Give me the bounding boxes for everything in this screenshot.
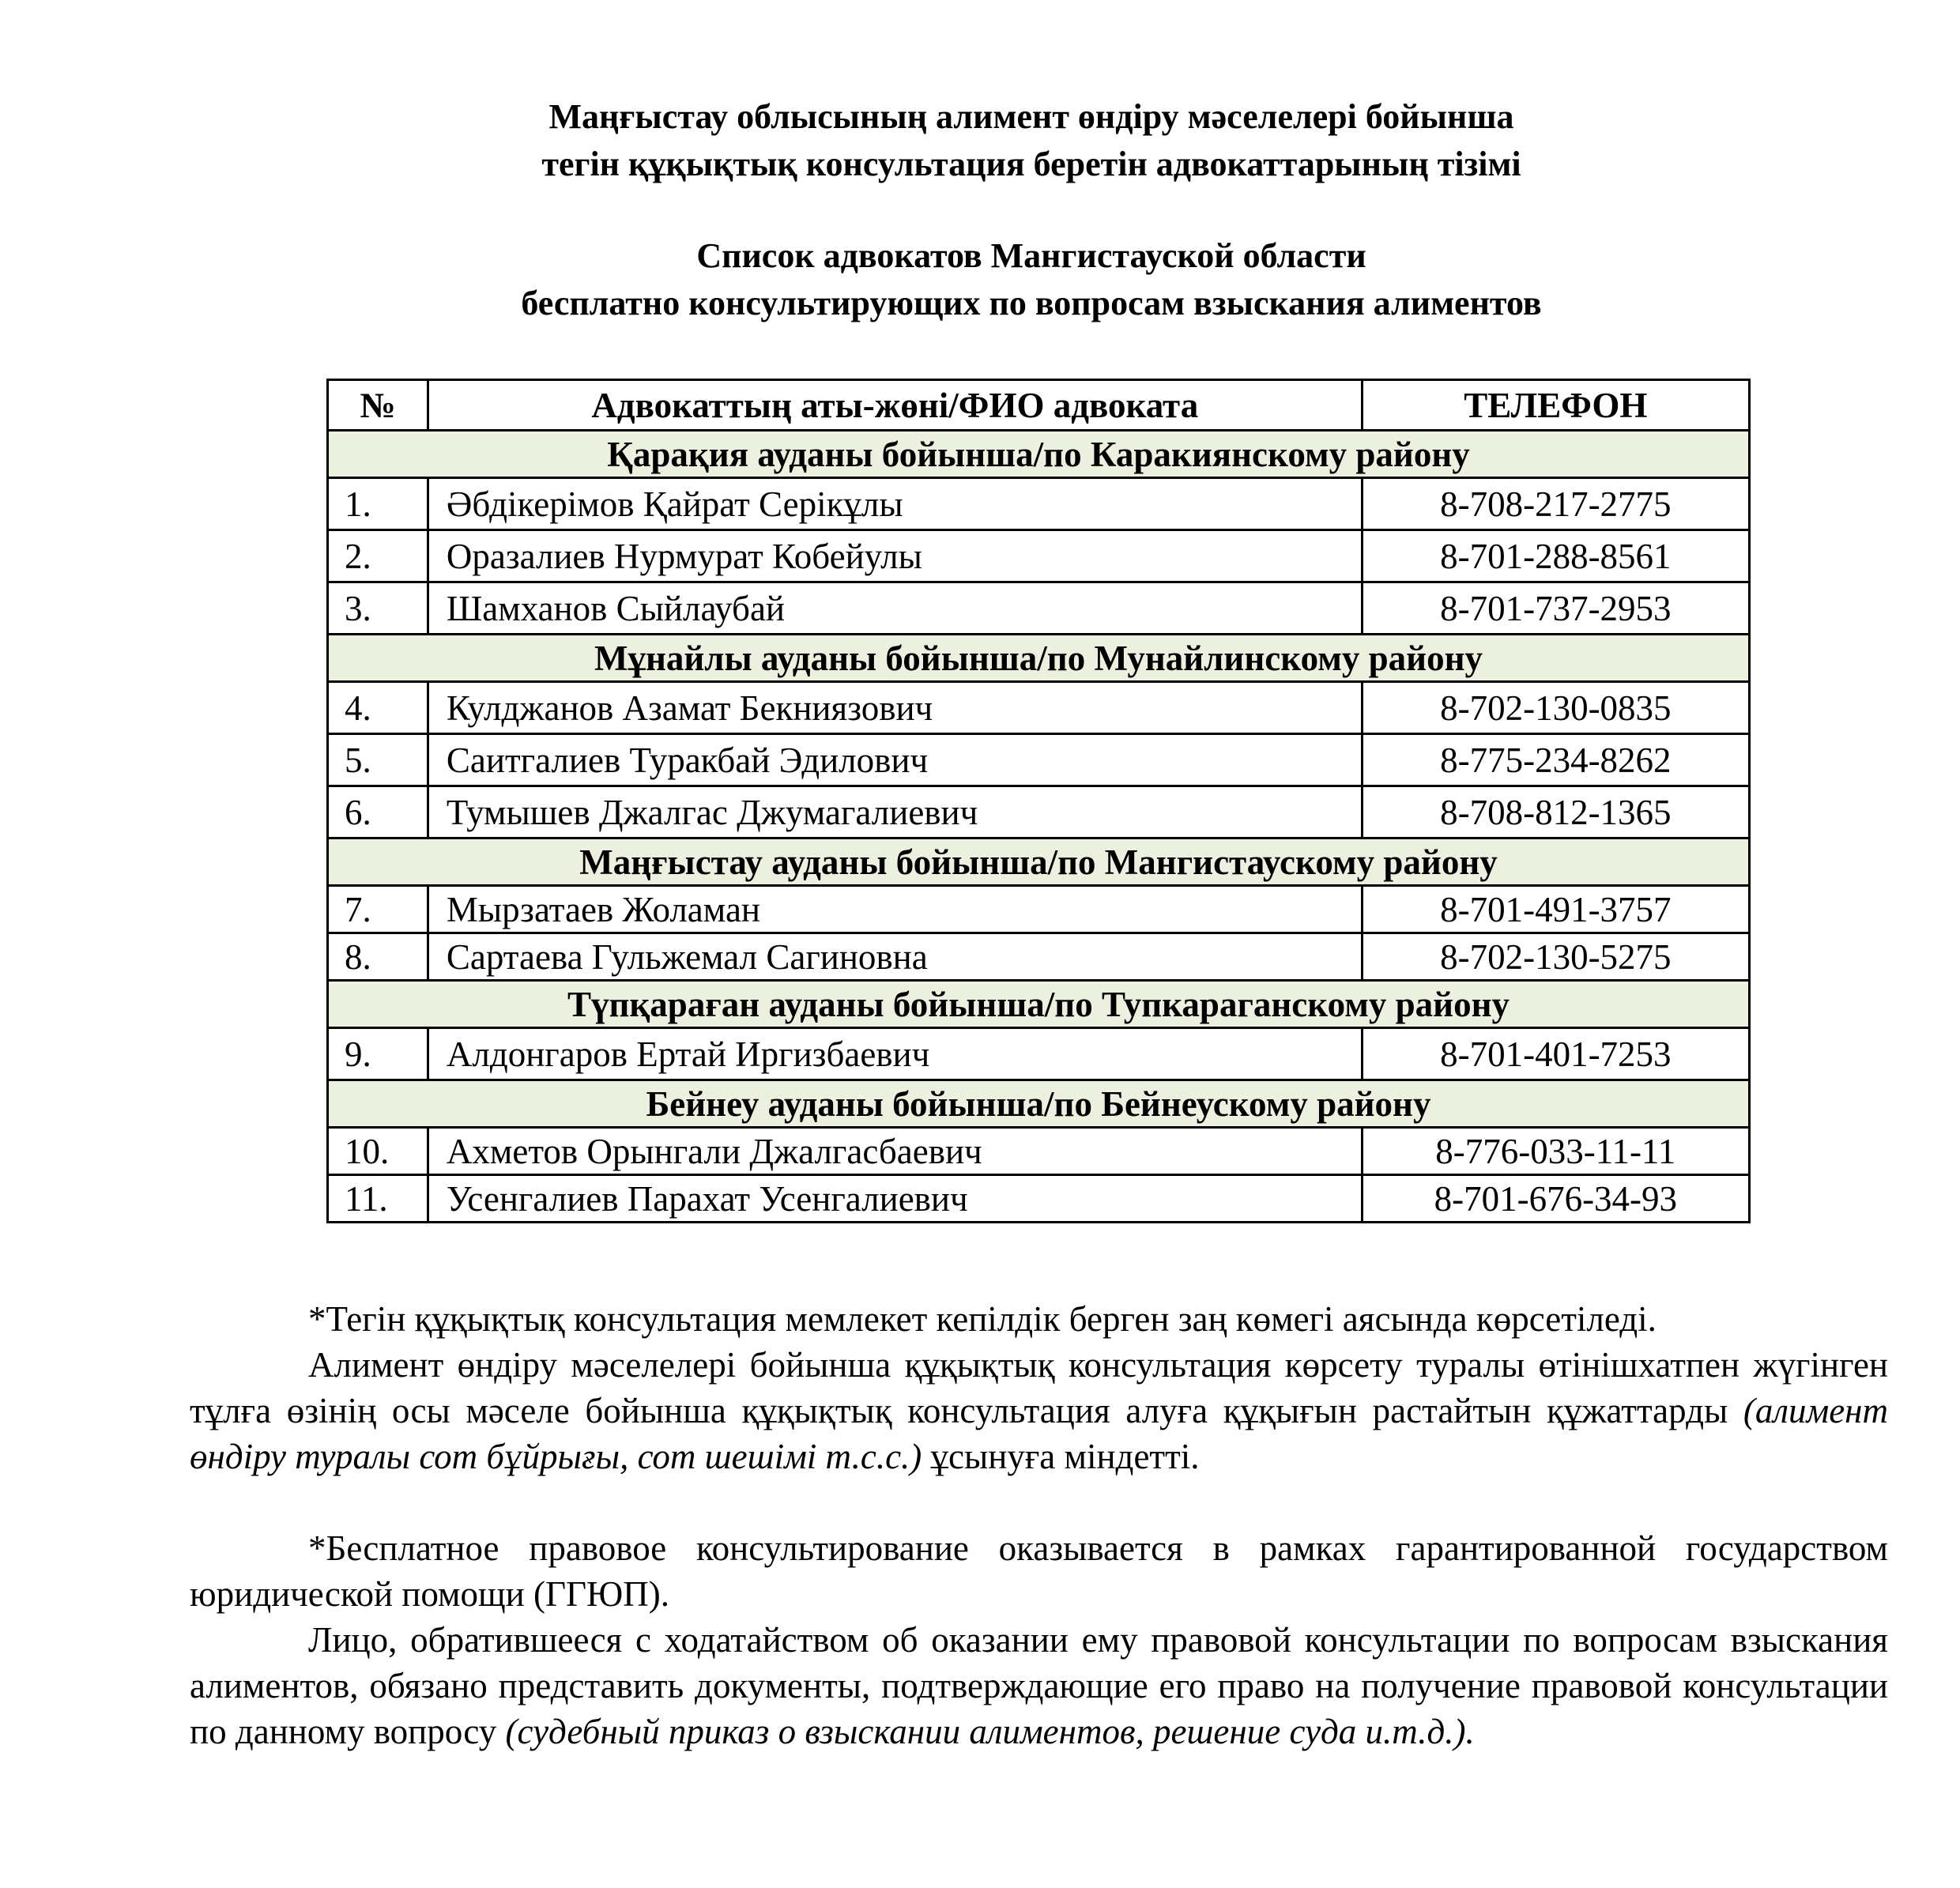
- district-title: Мұнайлы ауданы бойынша/по Мунайлинскому …: [328, 635, 1750, 682]
- lawyer-num: 2.: [328, 530, 428, 582]
- notes-section: *Тегін құқықтық консультация мемлекет ке…: [190, 1296, 1888, 1754]
- district-group-row: Мұнайлы ауданы бойынша/по Мунайлинскому …: [328, 635, 1750, 682]
- lawyer-name: Саитгалиев Туракбай Эдилович: [428, 734, 1362, 786]
- district-group-row: Қарақия ауданы бойынша/по Каракиянскому …: [328, 431, 1750, 478]
- table-header-row: № Адвокаттың аты-жөні/ФИО адвоката ТЕЛЕФ…: [328, 380, 1750, 431]
- lawyer-phone: 8-701-401-7253: [1362, 1028, 1749, 1080]
- lawyer-name: Усенгалиев Парахат Усенгалиевич: [428, 1175, 1362, 1223]
- lawyer-num: 5.: [328, 734, 428, 786]
- header-phone: ТЕЛЕФОН: [1362, 380, 1749, 431]
- district-title: Маңғыстау ауданы бойынша/по Мангистауско…: [328, 838, 1750, 886]
- lawyer-phone: 8-776-033-11-11: [1362, 1128, 1749, 1175]
- lawyer-name: Мырзатаев Жоламан: [428, 886, 1362, 933]
- lawyer-phone: 8-708-217-2775: [1362, 478, 1749, 530]
- table-row: 5.Саитгалиев Туракбай Эдилович8-775-234-…: [328, 734, 1750, 786]
- lawyer-phone: 8-701-491-3757: [1362, 886, 1749, 933]
- lawyer-phone: 8-701-676-34-93: [1362, 1175, 1749, 1223]
- lawyer-name: Ахметов Орынгали Джалгасбаевич: [428, 1128, 1362, 1175]
- title-kz-line-1: Маңғыстау облысының алимент өндіру мәсел…: [103, 93, 1960, 141]
- table-row: 1.Әбдікерімов Қайрат Серікұлы8-708-217-2…: [328, 478, 1750, 530]
- note-kz-2: Алимент өндіру мәселелері бойынша құқықт…: [190, 1342, 1888, 1479]
- lawyer-phone: 8-775-234-8262: [1362, 734, 1749, 786]
- table-row: 8.Сартаева Гульжемал Сагиновна8-702-130-…: [328, 933, 1750, 981]
- district-group-row: Түпқараған ауданы бойынша/по Тупкараганс…: [328, 981, 1750, 1028]
- lawyer-phone: 8-702-130-0835: [1362, 682, 1749, 734]
- lawyer-num: 6.: [328, 786, 428, 838]
- document-title: Маңғыстау облысының алимент өндіру мәсел…: [0, 93, 1960, 327]
- table-row: 6.Тумышев Джалгас Джумагалиевич8-708-812…: [328, 786, 1750, 838]
- table-row: 3.Шамханов Сыйлаубай8-701-737-2953: [328, 582, 1750, 635]
- lawyer-name: Оразалиев Нурмурат Кобейулы: [428, 530, 1362, 582]
- table-row: 4.Кулджанов Азамат Бекниязович8-702-130-…: [328, 682, 1750, 734]
- lawyers-table: № Адвокаттың аты-жөні/ФИО адвоката ТЕЛЕФ…: [326, 379, 1751, 1223]
- lawyer-num: 11.: [328, 1175, 428, 1223]
- lawyer-name: Тумышев Джалгас Джумагалиевич: [428, 786, 1362, 838]
- lawyer-num: 1.: [328, 478, 428, 530]
- district-group-row: Маңғыстау ауданы бойынша/по Мангистауско…: [328, 838, 1750, 886]
- district-title: Түпқараған ауданы бойынша/по Тупкараганс…: [328, 981, 1750, 1028]
- note-ru-1: *Бесплатное правовое консультирование ок…: [190, 1525, 1888, 1617]
- table-row: 9.Алдонгаров Ертай Иргизбаевич8-701-401-…: [328, 1028, 1750, 1080]
- lawyer-num: 7.: [328, 886, 428, 933]
- lawyer-name: Алдонгаров Ертай Иргизбаевич: [428, 1028, 1362, 1080]
- lawyer-num: 9.: [328, 1028, 428, 1080]
- lawyer-phone: 8-701-737-2953: [1362, 582, 1749, 635]
- lawyer-name: Сартаева Гульжемал Сагиновна: [428, 933, 1362, 981]
- title-ru-line-1: Список адвокатов Мангистауской области: [103, 232, 1960, 280]
- title-ru-line-2: бесплатно консультирующих по вопросам вз…: [103, 280, 1960, 327]
- district-group-row: Бейнеу ауданы бойынша/по Бейнеускому рай…: [328, 1080, 1750, 1128]
- district-title: Бейнеу ауданы бойынша/по Бейнеускому рай…: [328, 1080, 1750, 1128]
- header-num: №: [328, 380, 428, 431]
- table-row: 10.Ахметов Орынгали Джалгасбаевич8-776-0…: [328, 1128, 1750, 1175]
- lawyer-name: Кулджанов Азамат Бекниязович: [428, 682, 1362, 734]
- district-title: Қарақия ауданы бойынша/по Каракиянскому …: [328, 431, 1750, 478]
- lawyer-num: 3.: [328, 582, 428, 635]
- lawyer-phone: 8-701-288-8561: [1362, 530, 1749, 582]
- lawyer-phone: 8-702-130-5275: [1362, 933, 1749, 981]
- note-ru-2: Лицо, обратившееся с ходатайством об ока…: [190, 1617, 1888, 1754]
- lawyer-phone: 8-708-812-1365: [1362, 786, 1749, 838]
- lawyer-name: Шамханов Сыйлаубай: [428, 582, 1362, 635]
- lawyer-num: 10.: [328, 1128, 428, 1175]
- note-kz-1: *Тегін құқықтық консультация мемлекет ке…: [190, 1296, 1888, 1342]
- lawyer-num: 8.: [328, 933, 428, 981]
- lawyer-name: Әбдікерімов Қайрат Серікұлы: [428, 478, 1362, 530]
- table-row: 7.Мырзатаев Жоламан8-701-491-3757: [328, 886, 1750, 933]
- table-row: 11.Усенгалиев Парахат Усенгалиевич8-701-…: [328, 1175, 1750, 1223]
- lawyer-num: 4.: [328, 682, 428, 734]
- header-name: Адвокаттың аты-жөні/ФИО адвоката: [428, 380, 1362, 431]
- table-row: 2.Оразалиев Нурмурат Кобейулы8-701-288-8…: [328, 530, 1750, 582]
- title-kz-line-2: тегін құқықтық консультация беретін адво…: [103, 141, 1960, 188]
